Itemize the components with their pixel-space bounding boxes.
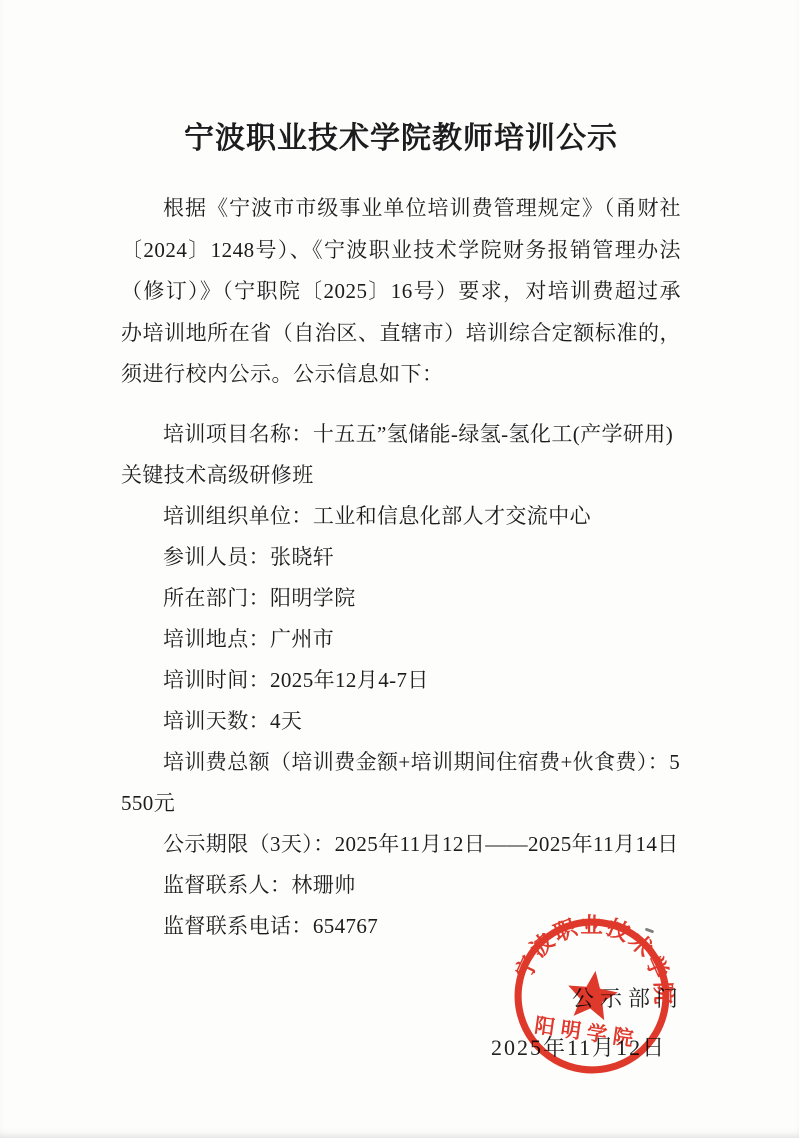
field-organizer: 培训组织单位：工业和信息化部人才交流中心	[121, 496, 681, 537]
page-title: 宁波职业技术学院教师培训公示	[121, 120, 681, 158]
intro-line: 办培训地所在省（自治区、直辖市）培训综合定额标准的，	[121, 313, 681, 355]
intro-line: 须进行校内公示。公示信息如下：	[121, 354, 681, 396]
field-value: 广州市	[270, 627, 334, 651]
official-seal-stamp: 宁波职业技术学院 阳明学院	[501, 905, 684, 1088]
field-days: 培训天数：4天	[121, 701, 681, 742]
field-label: 所在部门：	[163, 586, 270, 610]
field-value: 2025年12月4-7日	[270, 668, 429, 692]
field-label: 培训项目名称：	[163, 422, 313, 446]
seal-graphic: 宁波职业技术学院 阳明学院	[501, 905, 684, 1088]
field-supervisor: 监督联系人：林珊帅	[121, 865, 681, 906]
field-value: 林珊帅	[291, 873, 355, 897]
field-total-fee: 培训费总额（培训费金额+培训期间住宿费+伙食费）：5550元	[121, 742, 681, 824]
field-value: 654767	[313, 914, 378, 938]
document-body: 宁波职业技术学院教师培训公示 根据《宁波市市级事业单位培训费管理规定》（甬财社 …	[0, 120, 799, 947]
notice-document: 宁波职业技术学院教师培训公示 根据《宁波市市级事业单位培训费管理规定》（甬财社 …	[0, 0, 799, 1138]
field-label: 培训时间：	[163, 668, 270, 692]
intro-line: 〔2024〕1248号）、《宁波职业技术学院财务报销管理办法	[121, 230, 681, 272]
star-icon	[564, 967, 620, 1021]
intro-line: （修订）》（宁职院〔2025〕16号）要求，对培训费超过承	[121, 271, 681, 313]
field-label: 监督联系电话：	[163, 914, 313, 938]
field-time: 培训时间：2025年12月4-7日	[121, 660, 681, 701]
field-label: 培训费总额（培训费金额+培训期间住宿费+伙食费）：	[163, 750, 669, 774]
field-value: 4天	[270, 709, 302, 733]
field-location: 培训地点：广州市	[121, 619, 681, 660]
field-value: 张晓轩	[270, 545, 334, 569]
field-label: 监督联系人：	[163, 873, 291, 897]
field-label: 参训人员：	[163, 545, 270, 569]
field-training-project: 培训项目名称：十五五”氢储能-绿氢-氢化工(产学研用)关键技术高级研修班	[121, 414, 681, 496]
seal-inner-text: 阳明学院	[533, 1013, 641, 1051]
field-label: 培训地点：	[163, 627, 270, 651]
field-value: 阳明学院	[270, 586, 356, 610]
intro-line: 根据《宁波市市级事业单位培训费管理规定》（甬财社	[121, 188, 681, 230]
field-participant: 参训人员：张晓轩	[121, 537, 681, 578]
field-publicity-period: 公示期限（3天）：2025年11月12日——2025年11月14日	[121, 824, 681, 865]
field-label: 公示期限（3天）：	[163, 832, 335, 856]
field-value: 2025年11月12日——2025年11月14日	[335, 832, 679, 856]
notice-fields: 培训项目名称：十五五”氢储能-绿氢-氢化工(产学研用)关键技术高级研修班 培训组…	[121, 414, 681, 947]
intro-paragraph: 根据《宁波市市级事业单位培训费管理规定》（甬财社 〔2024〕1248号）、《宁…	[121, 188, 681, 396]
field-label: 培训天数：	[163, 709, 270, 733]
field-value: 工业和信息化部人才交流中心	[313, 504, 591, 528]
field-department: 所在部门：阳明学院	[121, 578, 681, 619]
field-label: 培训组织单位：	[163, 504, 313, 528]
